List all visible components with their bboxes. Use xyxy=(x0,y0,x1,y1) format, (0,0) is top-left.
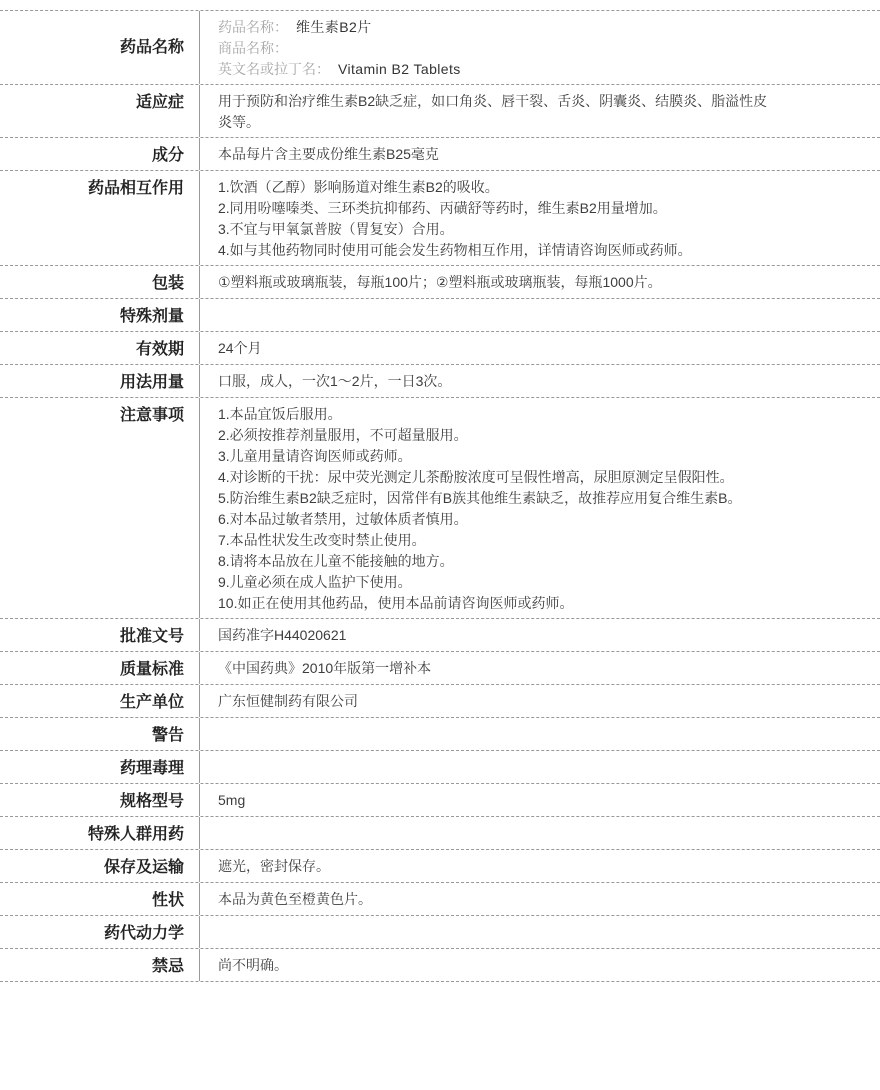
table-row: 批准文号国药准字H44020621 xyxy=(0,619,880,652)
field-value: 维生素B2片 xyxy=(296,19,372,35)
row-content xyxy=(200,718,880,750)
row-content: 口服，成人，一次1～2片，一日3次。 xyxy=(200,365,880,397)
content-line: 炎等。 xyxy=(218,112,868,133)
row-label: 性状 xyxy=(0,883,200,915)
table-row: 特殊人群用药 xyxy=(0,817,880,850)
content-field-line: 商品名称： xyxy=(218,38,868,59)
content-line: 本品为黄色至橙黄色片。 xyxy=(218,889,868,910)
table-row: 有效期24个月 xyxy=(0,332,880,365)
content-line: 尚不明确。 xyxy=(218,955,868,976)
content-line: 国药准字H44020621 xyxy=(218,625,868,646)
table-row: 特殊剂量 xyxy=(0,299,880,332)
row-content: 本品为黄色至橙黄色片。 xyxy=(200,883,880,915)
row-label: 药理毒理 xyxy=(0,751,200,783)
content-line: 10.如正在使用其他药品，使用本品前请咨询医师或药师。 xyxy=(218,593,868,614)
row-label: 注意事项 xyxy=(0,398,200,618)
row-label: 保存及运输 xyxy=(0,850,200,882)
table-row: 包装①塑料瓶或玻璃瓶装，每瓶100片；②塑料瓶或玻璃瓶装，每瓶1000片。 xyxy=(0,266,880,299)
content-line: 3.儿童用量请咨询医师或药师。 xyxy=(218,446,868,467)
row-content: 尚不明确。 xyxy=(200,949,880,981)
content-line: 本品每片含主要成份维生素B25毫克 xyxy=(218,144,868,165)
row-label: 成分 xyxy=(0,138,200,170)
table-row: 警告 xyxy=(0,718,880,751)
table-row: 成分本品每片含主要成份维生素B25毫克 xyxy=(0,138,880,171)
row-label: 药品相互作用 xyxy=(0,171,200,265)
row-label: 用法用量 xyxy=(0,365,200,397)
row-content: 5mg xyxy=(200,784,880,816)
row-content: 广东恒健制药有限公司 xyxy=(200,685,880,717)
content-line: 5.防治维生素B2缺乏症时，因常伴有B族其他维生素缺乏，故推荐应用复合维生素B。 xyxy=(218,488,868,509)
table-row: 药理毒理 xyxy=(0,751,880,784)
content-field-line: 英文名或拉丁名：Vitamin B2 Tablets xyxy=(218,59,868,80)
row-label: 包装 xyxy=(0,266,200,298)
table-row: 质量标准《中国药典》2010年版第一增补本 xyxy=(0,652,880,685)
table-row: 药代动力学 xyxy=(0,916,880,949)
field-value: Vitamin B2 Tablets xyxy=(338,61,461,77)
row-label: 质量标准 xyxy=(0,652,200,684)
table-row: 适应症用于预防和治疗维生素B2缺乏症，如口角炎、唇干裂、舌炎、阴囊炎、结膜炎、脂… xyxy=(0,85,880,138)
drug-info-table: 药品名称药品名称：维生素B2片商品名称：英文名或拉丁名：Vitamin B2 T… xyxy=(0,10,880,982)
row-content: 药品名称：维生素B2片商品名称：英文名或拉丁名：Vitamin B2 Table… xyxy=(200,11,880,84)
content-field-line: 药品名称：维生素B2片 xyxy=(218,17,868,38)
table-row: 药品相互作用1.饮酒（乙醇）影响肠道对维生素B2的吸收。2.同用吩噻嗪类、三环类… xyxy=(0,171,880,266)
field-name: 英文名或拉丁名： xyxy=(218,61,330,77)
content-line: 1.饮酒（乙醇）影响肠道对维生素B2的吸收。 xyxy=(218,177,868,198)
row-label: 药代动力学 xyxy=(0,916,200,948)
row-label: 特殊人群用药 xyxy=(0,817,200,849)
row-label: 适应症 xyxy=(0,85,200,137)
content-line: 1.本品宜饭后服用。 xyxy=(218,404,868,425)
table-row: 禁忌尚不明确。 xyxy=(0,949,880,982)
row-content xyxy=(200,299,880,331)
content-line: ①塑料瓶或玻璃瓶装，每瓶100片；②塑料瓶或玻璃瓶装，每瓶1000片。 xyxy=(218,272,868,293)
content-line: 9.儿童必须在成人监护下使用。 xyxy=(218,572,868,593)
row-content: 本品每片含主要成份维生素B25毫克 xyxy=(200,138,880,170)
content-line: 7.本品性状发生改变时禁止使用。 xyxy=(218,530,868,551)
row-label: 警告 xyxy=(0,718,200,750)
content-line: 《中国药典》2010年版第一增补本 xyxy=(218,658,868,679)
content-line: 2.同用吩噻嗪类、三环类抗抑郁药、丙磺舒等药时，维生素B2用量增加。 xyxy=(218,198,868,219)
table-row: 生产单位广东恒健制药有限公司 xyxy=(0,685,880,718)
row-content: 遮光，密封保存。 xyxy=(200,850,880,882)
row-label: 特殊剂量 xyxy=(0,299,200,331)
row-content: ①塑料瓶或玻璃瓶装，每瓶100片；②塑料瓶或玻璃瓶装，每瓶1000片。 xyxy=(200,266,880,298)
row-label: 生产单位 xyxy=(0,685,200,717)
table-row: 性状本品为黄色至橙黄色片。 xyxy=(0,883,880,916)
row-content: 1.本品宜饭后服用。2.必须按推荐剂量服用，不可超量服用。3.儿童用量请咨询医师… xyxy=(200,398,880,618)
table-row: 注意事项1.本品宜饭后服用。2.必须按推荐剂量服用，不可超量服用。3.儿童用量请… xyxy=(0,398,880,619)
content-line: 24个月 xyxy=(218,338,868,359)
row-label: 有效期 xyxy=(0,332,200,364)
row-content: 1.饮酒（乙醇）影响肠道对维生素B2的吸收。2.同用吩噻嗪类、三环类抗抑郁药、丙… xyxy=(200,171,880,265)
row-label: 禁忌 xyxy=(0,949,200,981)
row-content: 国药准字H44020621 xyxy=(200,619,880,651)
row-label: 药品名称 xyxy=(0,11,200,84)
row-label: 批准文号 xyxy=(0,619,200,651)
row-content: 《中国药典》2010年版第一增补本 xyxy=(200,652,880,684)
content-line: 4.如与其他药物同时使用可能会发生药物相互作用，详情请咨询医师或药师。 xyxy=(218,240,868,261)
row-content xyxy=(200,916,880,948)
field-name: 药品名称： xyxy=(218,19,288,35)
table-row: 规格型号5mg xyxy=(0,784,880,817)
field-name: 商品名称： xyxy=(218,40,288,56)
content-line: 3.不宜与甲氧氯普胺（胃复安）合用。 xyxy=(218,219,868,240)
content-line: 5mg xyxy=(218,790,868,811)
table-row: 药品名称药品名称：维生素B2片商品名称：英文名或拉丁名：Vitamin B2 T… xyxy=(0,11,880,85)
table-row: 用法用量口服，成人，一次1～2片，一日3次。 xyxy=(0,365,880,398)
content-line: 口服，成人，一次1～2片，一日3次。 xyxy=(218,371,868,392)
content-line: 4.对诊断的干扰：尿中荧光测定儿茶酚胺浓度可呈假性增高，尿胆原测定呈假阳性。 xyxy=(218,467,868,488)
content-line: 遮光，密封保存。 xyxy=(218,856,868,877)
row-label: 规格型号 xyxy=(0,784,200,816)
row-content: 用于预防和治疗维生素B2缺乏症，如口角炎、唇干裂、舌炎、阴囊炎、结膜炎、脂溢性皮… xyxy=(200,85,880,137)
content-line: 广东恒健制药有限公司 xyxy=(218,691,868,712)
row-content xyxy=(200,817,880,849)
content-line: 用于预防和治疗维生素B2缺乏症，如口角炎、唇干裂、舌炎、阴囊炎、结膜炎、脂溢性皮 xyxy=(218,91,868,112)
content-line: 6.对本品过敏者禁用，过敏体质者慎用。 xyxy=(218,509,868,530)
row-content: 24个月 xyxy=(200,332,880,364)
content-line: 8.请将本品放在儿童不能接触的地方。 xyxy=(218,551,868,572)
row-content xyxy=(200,751,880,783)
content-line: 2.必须按推荐剂量服用，不可超量服用。 xyxy=(218,425,868,446)
table-row: 保存及运输遮光，密封保存。 xyxy=(0,850,880,883)
